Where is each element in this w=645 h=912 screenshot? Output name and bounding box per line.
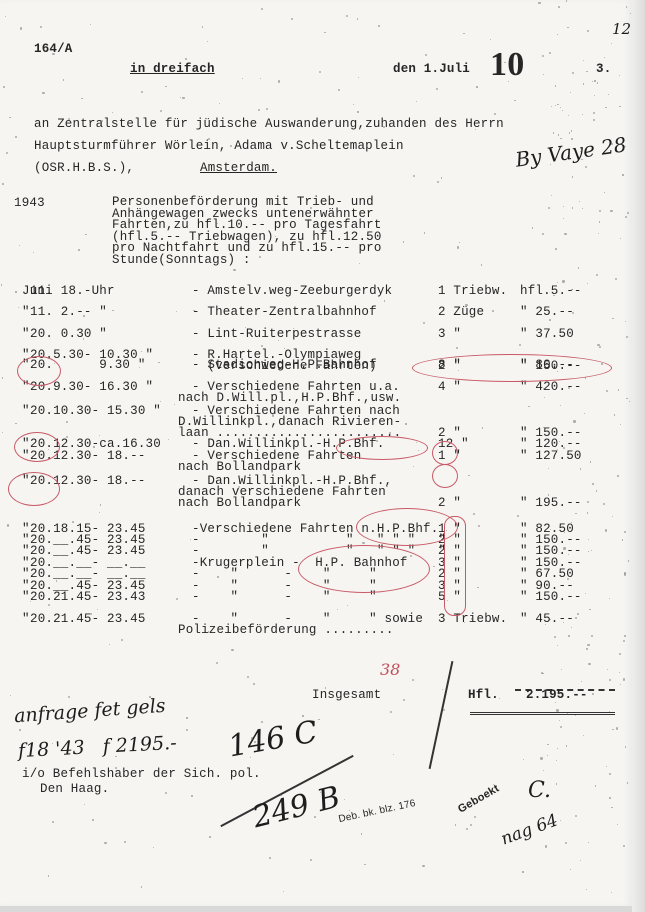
row-amount: " 127.50 (520, 449, 582, 463)
red-circle-annotation (412, 354, 612, 382)
signature: nag 64 (498, 811, 560, 850)
red-circle-annotation (14, 432, 60, 462)
red-circle-annotation (298, 545, 430, 593)
row-route: - Theater-Zentralbahnhof (192, 305, 377, 319)
row-amount: " 150.-- (520, 590, 582, 604)
addressee-line-3: (OSR.H.B.S.), (34, 161, 134, 175)
row-month: " (22, 404, 30, 418)
red-circle-annotation (432, 464, 458, 488)
row-month: " (22, 590, 30, 604)
row-month: " (22, 612, 30, 626)
row-date: 11. 18.-Uhr (30, 284, 115, 298)
total-amount: 2.195.-- (526, 688, 588, 702)
stamp-number: 10 (490, 48, 524, 82)
row-amount: " 25.-- (520, 305, 574, 319)
row-route: - Lint-Ruiterpestrasse (192, 327, 361, 341)
deb-note: Deb. bk. blz. 176 (337, 797, 417, 827)
copy-note: in dreifach (130, 62, 215, 76)
row-date: 20.21.45- 23.43 (30, 590, 146, 604)
total-currency: Hfl. (468, 688, 499, 702)
page-edge (632, 0, 645, 912)
row-amount: hfl.5.-- (520, 284, 582, 298)
row-date: 11. 2.-- " (30, 305, 107, 319)
document-date: den 1.Juli (393, 62, 470, 76)
red-circle-annotation (8, 472, 60, 506)
page-mark: 3. (596, 62, 611, 76)
row-date: 20.21.45- 23.45 (30, 612, 146, 626)
row-date: 20.10.30- 15.30 " (30, 404, 161, 418)
description-line: Stunde(Sonntags) : (112, 254, 251, 266)
row-month: " (22, 327, 30, 341)
red-circle-annotation (336, 436, 428, 460)
red-circle-annotation (17, 356, 61, 386)
red-circle-annotation (356, 508, 458, 546)
row-route: Polizeibeförderung ......... (178, 623, 394, 637)
row-amount: " 37.50 (520, 327, 574, 341)
row-quantity: 2 Züge (438, 305, 484, 319)
red-circle-annotation (444, 516, 466, 616)
row-quantity: 4 " (438, 380, 461, 394)
handwritten-number-1: 146 C (226, 714, 320, 764)
footer-line-1: i/o Befehlshaber der Sich. pol. (22, 767, 261, 781)
bracket-mark (429, 661, 454, 769)
row-quantity: 3 " (438, 327, 461, 341)
row-route: nach Bollandpark (178, 496, 301, 510)
red-circle-annotation (432, 441, 458, 465)
year: 1943 (14, 196, 45, 210)
handwritten-note-2: f18 '43 f 2195.- (18, 732, 178, 762)
addressee-city: Amsterdam. (200, 161, 277, 175)
row-month: " (22, 305, 30, 319)
total-double-rule (470, 712, 615, 717)
row-route: - Stadionweg-H.P.Bahnhof (192, 358, 377, 372)
addressee-line-1: an Zentralstelle für jüdische Auswanderu… (34, 117, 504, 131)
document-page: 164/A in dreifach den 1.Juli 10 3. 12 an… (0, 0, 635, 906)
row-route: nach D.Will.pl.,H.P.Bhf.,usw. (178, 391, 401, 405)
handwritten-number-2: 249 B (249, 780, 344, 835)
row-amount: " 45.-- (520, 612, 574, 626)
row-date: 20. 0.30 " (30, 327, 107, 341)
handwritten-note-1: anfrage fet gels (13, 695, 166, 728)
total-label: Insgesamt (312, 688, 381, 702)
row-quantity: 2 " (438, 496, 461, 510)
footer-line-2: Den Haag. (40, 782, 109, 796)
row-amount: " 420.-- (520, 380, 582, 394)
red-note: 38 (380, 660, 400, 679)
row-route: nach Bollandpark (178, 460, 301, 474)
row-quantity: 1 Triebw. (438, 284, 507, 298)
row-amount: " 195.-- (520, 496, 582, 510)
booked-stamp: Geboekt (456, 782, 502, 817)
initials: C. (528, 778, 551, 803)
addressee-line-2: Hauptsturmführer Wörlein, Adama v.Schelt… (34, 139, 404, 153)
row-route: - Amstelv.weg-Zeeburgerdyk (192, 284, 392, 298)
corner-mark: 12 (612, 20, 631, 38)
